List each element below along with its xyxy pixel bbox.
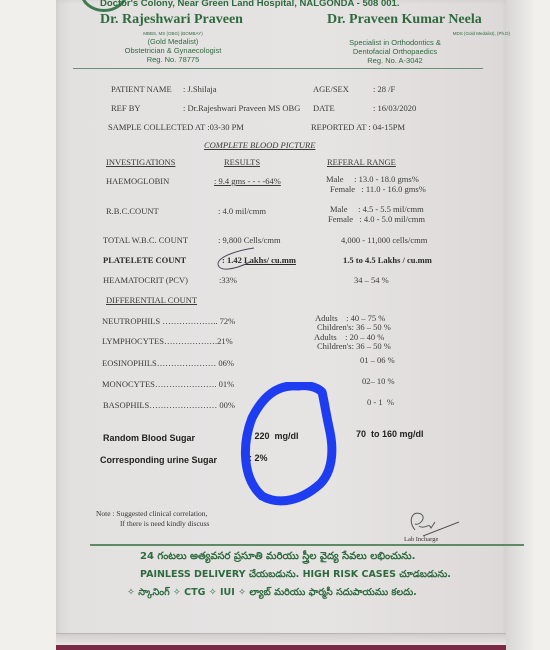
column-referal-range: REFERAL RANGE [327,157,396,167]
ref-by-label: REF BY [111,103,141,113]
background-strip [56,645,506,650]
differential-row: EOSINOPHILS………………… 06% [102,358,234,368]
test-result: : 1.42 Lakhs/ cu.mm [222,255,296,265]
differential-range-children: Children's: 36 – 50 % [317,322,391,332]
doctor-right-specialty-2: Dentofacial Orthopaedics [330,47,460,56]
note-line-1: Note : Suggested clinical correlation, [96,509,207,518]
footer-line-2: PAINLESS DELIVERY చేయబడును. HIGH RISK CA… [140,569,451,582]
differential-range-children: Children's: 36 – 50 % [317,341,391,351]
date-value: : 16/03/2020 [373,103,416,113]
sugar-test-name: Corresponding urine Sugar [100,455,217,465]
footer-line-3: ✧ స్కానింగ్ ✧ CTG ✧ IUI ✧ ల్యాబ్ మరియు ఫ… [127,587,417,600]
test-range-female: Female : 4.0 - 5.0 mil/cmm [328,214,425,224]
test-range: 4,000 - 11,000 cells/cmm [341,235,427,245]
doctor-left-award: (Gold Medalist) [108,37,238,46]
sugar-test-name: Random Blood Sugar [103,433,195,443]
patient-name-value: : J.Shilaja [183,84,217,94]
sugar-test-range: 70 to 160 mg/dl [356,429,424,439]
age-sex-value: : 28 /F [373,84,395,94]
differential-row: NEUTROPHILS ……………….. 72% [102,316,235,326]
paper-edge [506,0,534,650]
column-results: RESULTS [224,157,260,167]
reported-at: REPORTED AT : 04-15PM [311,122,405,132]
age-sex-label: AGE/SEX [313,84,349,94]
test-name: R.B.C.COUNT [106,206,159,216]
sample-collected: SAMPLE COLLECTED AT :03-30 PM [108,122,244,132]
differential-row: MONOCYTES…………………. 01% [102,379,234,389]
sugar-test-result: : 220 mg/dl [249,431,299,441]
note-line-2: If there is need kindly discuss [120,519,209,528]
differential-row: BASOPHILS…………………… 00% [103,400,235,410]
report-title: COMPLETE BLOOD PICTURE [204,140,315,150]
test-result: : 9,800 Cells/cmm [218,235,281,245]
clinic-address: Doctor's Colony, Near Green Land Hospita… [100,0,399,9]
test-result: : 9.4 gms - - - -64% [214,176,281,186]
test-result-value: : 1.42 [222,255,244,265]
footer-divider [90,544,524,546]
doctor-right-specialty-1: Specialist in Orthodontics & [330,38,460,47]
ref-by-value: : Dr.Rajeshwari Praveen MS OBG [183,103,300,113]
sugar-test-result: : 2% [249,453,268,463]
test-result: :33% [219,275,237,285]
doctor-left-reg: Reg. No. 78775 [108,55,238,64]
doctor-left-name: Dr. Rajeshwari Praveen [100,12,243,28]
footer-line-1: 24 గంటలు అత్యవసర ప్రసూతి మరియు స్త్రీల వ… [140,550,415,564]
differential-row: LYMPHOCYTES……………….21% [102,336,233,346]
test-name: HAEMOGLOBIN [106,176,169,186]
date-label: DATE [313,103,335,113]
doctor-left-specialty: Obstetrician & Gynaecologist [104,46,242,55]
test-result: : 4.0 mil/cmm [218,206,266,216]
header-divider [73,68,483,69]
test-range: Male : 4.5 - 5.5 mil/cmm [330,204,424,214]
doctor-right-qualification: MDS (Gold Medalist), (Ph.D) [400,31,510,37]
differential-range: 01 – 06 % [360,355,395,365]
patient-name-label: PATIENT NAME [111,84,172,94]
test-name: HEAMATOCRIT (PCV) [103,275,188,285]
doctor-right-name: Dr. Praveen Kumar Neela [327,12,482,28]
differential-range: 0 - 1 % [367,397,394,407]
test-name: PLATELETE COUNT [103,255,186,265]
test-result-unit: Lakhs/ cu.mm [244,255,296,265]
test-name: TOTAL W.B.C. COUNT [103,235,188,245]
lab-incharge-label: Lab Incharge [404,536,438,543]
doctor-right-reg: Reg. No. A-3042 [330,56,460,65]
test-range-female: Female : 11.0 - 16.0 gms% [330,184,426,194]
differential-title: DIFFERENTIAL COUNT [106,295,197,305]
column-investigations: INVESTIGATIONS [106,157,175,167]
test-range: 1.5 to 4.5 Lakhs / cu.mm [343,255,432,265]
test-range: Male : 13.0 - 18.0 gms% [326,174,419,184]
differential-range: 02– 10 % [362,376,395,386]
test-range: 34 – 54 % [354,275,389,285]
